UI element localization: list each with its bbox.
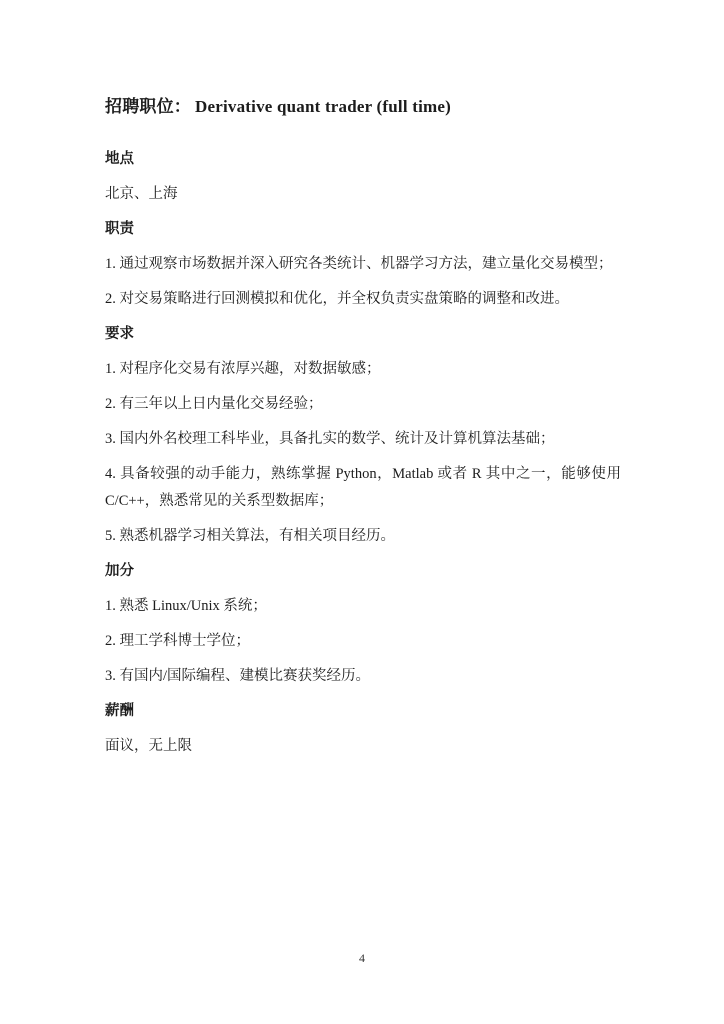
requirement-item: 1. 对程序化交易有浓厚兴趣，对数据敏感； (105, 356, 621, 383)
section-bonus: 加分 1. 熟悉 Linux/Unix 系统； 2. 理工学科博士学位； 3. … (105, 558, 621, 690)
page-title: 招聘职位：Derivative quant trader (full time) (105, 96, 621, 118)
title-en: Derivative quant trader (full time) (195, 97, 451, 116)
responsibility-item: 2. 对交易策略进行回测模拟和优化，并全权负责实盘策略的调整和改进。 (105, 286, 621, 313)
bonus-item: 1. 熟悉 Linux/Unix 系统； (105, 593, 621, 620)
requirement-item: 4. 具备较强的动手能力，熟练掌握 Python，Matlab 或者 R 其中之… (105, 461, 621, 515)
paragraph-location: 北京、上海 (105, 181, 621, 208)
title-zh: 招聘职位： (105, 97, 191, 116)
bonus-item: 2. 理工学科博士学位； (105, 628, 621, 655)
document-page: 招聘职位：Derivative quant trader (full time)… (0, 0, 724, 1024)
requirement-item: 5. 熟悉机器学习相关算法，有相关项目经历。 (105, 523, 621, 550)
section-requirements-heading: 要求 (105, 321, 621, 348)
document-content: 招聘职位：Derivative quant trader (full time)… (105, 96, 621, 768)
paragraph-salary: 面议，无上限 (105, 733, 621, 760)
section-requirements: 要求 1. 对程序化交易有浓厚兴趣，对数据敏感； 2. 有三年以上日内量化交易经… (105, 321, 621, 550)
section-location-heading: 地点 (105, 146, 621, 173)
section-bonus-heading: 加分 (105, 558, 621, 585)
bonus-item: 3. 有国内/国际编程、建模比赛获奖经历。 (105, 663, 621, 690)
requirement-item: 2. 有三年以上日内量化交易经验； (105, 391, 621, 418)
section-salary-heading: 薪酬 (105, 698, 621, 725)
section-responsibilities-heading: 职责 (105, 216, 621, 243)
section-responsibilities: 职责 1. 通过观察市场数据并深入研究各类统计、机器学习方法，建立量化交易模型；… (105, 216, 621, 313)
responsibility-item: 1. 通过观察市场数据并深入研究各类统计、机器学习方法，建立量化交易模型； (105, 251, 621, 278)
requirement-item: 3. 国内外名校理工科毕业，具备扎实的数学、统计及计算机算法基础； (105, 426, 621, 453)
section-location: 地点 北京、上海 (105, 146, 621, 208)
section-salary: 薪酬 面议，无上限 (105, 698, 621, 760)
page-number: 4 (0, 951, 724, 966)
